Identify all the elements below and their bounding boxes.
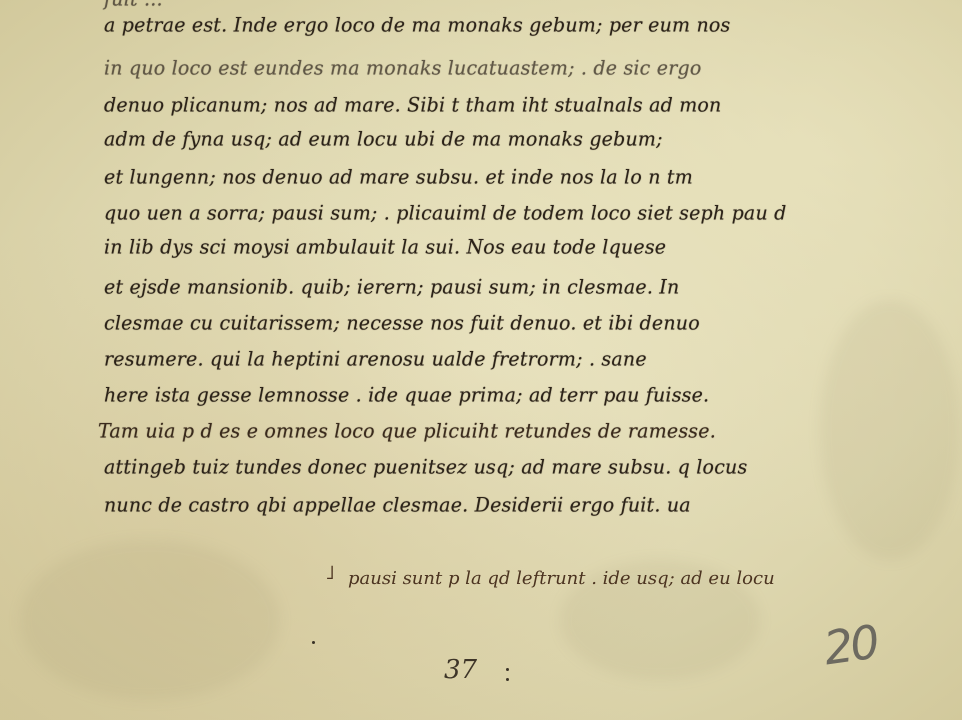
- ink-dot: [312, 641, 315, 644]
- text-line: in quo loco est eundes ma monaks lucatua…: [104, 56, 702, 79]
- parchment-stain: [20, 540, 280, 700]
- text-line: attingeb tuiz tundes donec puenitsez usq…: [104, 455, 747, 478]
- text-line: Tam uia p d es e omnes loco que plicuiht…: [98, 419, 716, 442]
- text-line: et lungenn; nos denuo ad mare subsu. et …: [104, 165, 693, 188]
- text-line: in lib dys sci moysi ambulauit la sui. N…: [104, 235, 666, 258]
- text-line: adm de fyna usq; ad eum locu ubi de ma m…: [104, 127, 663, 150]
- text-line: denuo plicanum; nos ad mare. Sibi t tham…: [104, 93, 722, 116]
- text-line: fuit ...: [104, 0, 163, 11]
- parchment-stain: [820, 300, 960, 560]
- text-line: clesmae cu cuitarissem; necesse nos fuit…: [104, 311, 700, 334]
- quire-mark: 37: [444, 655, 477, 685]
- folio-number: 20: [820, 615, 880, 676]
- ink-dot: [506, 678, 509, 681]
- text-line: quo uen a sorra; pausi sum; . plicauiml …: [104, 201, 787, 224]
- ink-dot: [506, 668, 509, 671]
- manuscript-page: fuit ... a petrae est. Inde ergo loco de…: [0, 0, 962, 720]
- text-line: resumere. qui la heptini arenosu ualde f…: [104, 347, 647, 370]
- text-line: here ista gesse lemnosse . ide quae prim…: [104, 383, 709, 406]
- marginal-note: pausi sunt p la qd leftrunt . ide usq; a…: [348, 568, 775, 589]
- text-line: et ejsde mansionib. quib; ierern; pausi …: [104, 275, 679, 298]
- text-line: a petrae est. Inde ergo loco de ma monak…: [104, 13, 731, 36]
- text-line: nunc de castro qbi appellae clesmae. Des…: [104, 493, 691, 516]
- insertion-mark-icon: ˩: [325, 560, 335, 584]
